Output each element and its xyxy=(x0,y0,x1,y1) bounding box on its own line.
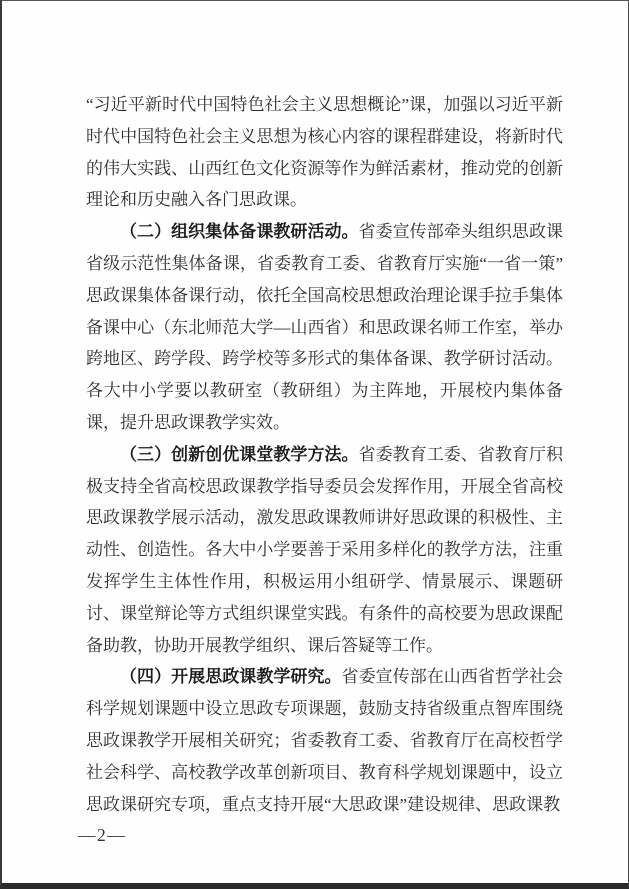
paragraph-text: 省委教育工委、省教育厅积极支持全省高校思政课教学指导委员会发挥作用，开展全省高校… xyxy=(86,445,563,655)
section-3-heading: （三）创新创优课堂教学方法。 xyxy=(120,445,359,464)
section-2-heading: （二）组织集体备课教研活动。 xyxy=(120,222,359,241)
paragraph-section-4: （四）开展思政课教学研究。省委宣传部在山西省哲学社会科学规划课题中设立思政专项课… xyxy=(86,661,563,820)
paragraph-section-3: （三）创新创优课堂教学方法。省委教育工委、省教育厅积极支持全省高校思政课教学指导… xyxy=(86,439,563,662)
paragraph-continuation: “习近平新时代中国特色社会主义思想概论”课，加强以习近平新时代中国特色社会主义思… xyxy=(86,89,563,216)
document-page: “习近平新时代中国特色社会主义思想概论”课，加强以习近平新时代中国特色社会主义思… xyxy=(0,0,629,889)
paragraph-section-2: （二）组织集体备课教研活动。省委宣传部牵头组织思政课省级示范性集体备课，省委教育… xyxy=(86,216,563,439)
section-4-heading: （四）开展思政课教学研究。 xyxy=(120,667,342,686)
paragraph-text: 省委宣传部在山西省哲学社会科学规划课题中设立思政专项课题，鼓励支持省级重点智库围… xyxy=(86,667,563,813)
paragraph-text: 省委宣传部牵头组织思政课省级示范性集体备课，省委教育工委、省教育厅实施“一省一策… xyxy=(86,222,563,432)
document-body: “习近平新时代中国特色社会主义思想概论”课，加强以习近平新时代中国特色社会主义思… xyxy=(86,89,563,820)
paragraph-text: “习近平新时代中国特色社会主义思想概论”课，加强以习近平新时代中国特色社会主义思… xyxy=(86,95,563,209)
page-number: —2— xyxy=(78,824,126,846)
